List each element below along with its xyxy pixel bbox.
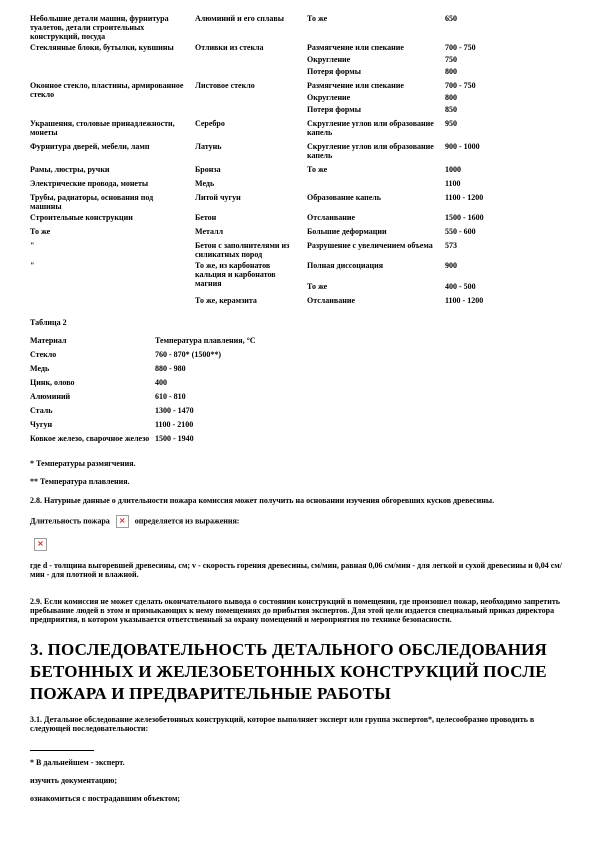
- table-row-material: Сталь: [30, 406, 155, 415]
- cell-items: Рамы, люстры, ручки: [30, 165, 195, 177]
- table2-footnote-softening: * Температуры размягчения.: [30, 459, 567, 468]
- cell-effect: Большие деформации: [307, 227, 445, 239]
- table-row-temperature: 760 - 870* (1500**): [155, 350, 567, 359]
- cell-items: Украшения, столовые принадлежности, моне…: [30, 119, 195, 140]
- footnote-separator: [30, 750, 94, 751]
- list-item: изучить документацию;: [30, 776, 567, 785]
- cell-effect: То же: [307, 14, 445, 41]
- cell-effect: Разрушение с увеличением объема: [307, 241, 445, 259]
- table2-footnote-melting: ** Температура плавления.: [30, 477, 567, 486]
- fire-duration-line: Длительность пожара × определяется из вы…: [30, 515, 567, 528]
- formula-note: где d - толщина выгоревшей древесины, см…: [30, 561, 567, 579]
- table-row: " То же, из карбонатов кальция и карбона…: [30, 261, 567, 294]
- table-row-material: Медь: [30, 364, 155, 373]
- column-header-material: Материал: [30, 336, 155, 345]
- cell-items: ": [30, 241, 195, 259]
- cell-material: Серебро: [195, 119, 307, 140]
- cell-effect: Размягчение или спекание Округление Поте…: [307, 43, 445, 79]
- table-row: Электрические провода, монеты Медь 1100: [30, 179, 567, 191]
- cell-temperature: 900 400 - 500: [445, 261, 567, 294]
- cell-material: То же, из карбонатов кальция и карбонато…: [195, 261, 307, 294]
- cell-temperature: 550 - 600: [445, 227, 567, 239]
- cell-effect: То же: [307, 165, 445, 177]
- cell-temperature: 900 - 1000: [445, 142, 567, 163]
- table-row: То же, керамзита Отслаивание 1100 - 1200: [30, 296, 567, 308]
- cell-temperature: 1500 - 1600: [445, 213, 567, 225]
- table-row-temperature: 1300 - 1470: [155, 406, 567, 415]
- cell-material: Отливки из стекла: [195, 43, 307, 79]
- cell-items: То же: [30, 227, 195, 239]
- table-row: Стеклянные блоки, бутылки, кувшины Отлив…: [30, 43, 567, 79]
- cell-effect: Образование капель: [307, 193, 445, 211]
- cell-effect: Отслаивание: [307, 213, 445, 225]
- paragraph-2-8: 2.8. Натурные данные о длительности пожа…: [30, 496, 567, 505]
- melting-signs-table: Небольшие детали машин, фурнитура туалет…: [30, 14, 567, 308]
- cell-effect: [307, 179, 445, 191]
- cell-material: То же, керамзита: [195, 296, 307, 308]
- cell-items: Строительные конструкции: [30, 213, 195, 225]
- cell-items: Электрические провода, монеты: [30, 179, 195, 191]
- cell-temperature: 1100: [445, 179, 567, 191]
- cell-temperature: 1100 - 1200: [445, 296, 567, 308]
- cell-material: Бетон с заполнителями из силикатных поро…: [195, 241, 307, 259]
- missing-image-icon: ×: [116, 515, 129, 528]
- cell-material: Литой чугун: [195, 193, 307, 211]
- table-row-material: Алюминий: [30, 392, 155, 401]
- cell-temperature: 573: [445, 241, 567, 259]
- cell-effect: Полная диссоциация То же: [307, 261, 445, 294]
- cell-material: Бронза: [195, 165, 307, 177]
- cell-items: Фурнитура дверей, мебели, ламп: [30, 142, 195, 163]
- paragraph-2-9: 2.9. Если комиссия не может сделать окон…: [30, 597, 567, 624]
- table-row-temperature: 400: [155, 378, 567, 387]
- cell-effect: Размягчение или спекание Округление Поте…: [307, 81, 445, 117]
- cell-material: Алюминий и его сплавы: [195, 14, 307, 41]
- table-row-temperature: 880 - 980: [155, 364, 567, 373]
- cell-items: Оконное стекло, пластины, армированное с…: [30, 81, 195, 117]
- cell-items: Трубы, радиаторы, основания под машины: [30, 193, 195, 211]
- cell-temperature: 1100 - 1200: [445, 193, 567, 211]
- table-row: Небольшие детали машин, фурнитура туалет…: [30, 14, 567, 41]
- section-3-heading: 3. ПОСЛЕДОВАТЕЛЬНОСТЬ ДЕТАЛЬНОГО ОБСЛЕДО…: [30, 639, 567, 705]
- table2-caption: Таблица 2: [30, 318, 567, 327]
- melting-temperature-table: Материал Температура плавления, °С Стекл…: [30, 336, 567, 443]
- cell-effect: Скругление углов или образование капель: [307, 119, 445, 140]
- cell-material: Бетон: [195, 213, 307, 225]
- table-row-material: Ковкое железо, сварочное железо: [30, 434, 155, 443]
- table-row-temperature: 1100 - 2100: [155, 420, 567, 429]
- cell-material: Медь: [195, 179, 307, 191]
- cell-items: [30, 296, 195, 308]
- fire-duration-text-after: определяется из выражения:: [135, 516, 240, 525]
- table-row-temperature: 1500 - 1940: [155, 434, 567, 443]
- table-row: Строительные конструкции Бетон Отслаиван…: [30, 213, 567, 225]
- cell-material: Листовое стекло: [195, 81, 307, 117]
- table-row: Оконное стекло, пластины, армированное с…: [30, 81, 567, 117]
- table-row: " Бетон с заполнителями из силикатных по…: [30, 241, 567, 259]
- paragraph-3-1: 3.1. Детальное обследование железобетонн…: [30, 715, 567, 733]
- fire-duration-text-before: Длительность пожара: [30, 516, 110, 525]
- cell-items: Небольшие детали машин, фурнитура туалет…: [30, 14, 195, 41]
- list-item: ознакомиться с пострадавшим объектом;: [30, 794, 567, 803]
- table-row: Фурнитура дверей, мебели, ламп Латунь Ск…: [30, 142, 567, 163]
- cell-material: Металл: [195, 227, 307, 239]
- column-header-temperature: Температура плавления, °С: [155, 336, 567, 345]
- table-row: Трубы, радиаторы, основания под машины Л…: [30, 193, 567, 211]
- missing-image-icon: ×: [34, 538, 47, 551]
- cell-temperature: 650: [445, 14, 567, 41]
- footnote-expert: * В дальнейшем - эксперт.: [30, 758, 567, 767]
- table-row-material: Цинк, олово: [30, 378, 155, 387]
- cell-material: Латунь: [195, 142, 307, 163]
- table-row-temperature: 610 - 810: [155, 392, 567, 401]
- cell-temperature: 700 - 750 800 850: [445, 81, 567, 117]
- cell-effect: Отслаивание: [307, 296, 445, 308]
- table-row-material: Стекло: [30, 350, 155, 359]
- cell-effect: Скругление углов или образование капель: [307, 142, 445, 163]
- cell-items: Стеклянные блоки, бутылки, кувшины: [30, 43, 195, 79]
- table-row: Рамы, люстры, ручки Бронза То же 1000: [30, 165, 567, 177]
- formula-placeholder: ×: [30, 538, 567, 551]
- table-row: То же Металл Большие деформации 550 - 60…: [30, 227, 567, 239]
- cell-temperature: 1000: [445, 165, 567, 177]
- cell-items: ": [30, 261, 195, 294]
- table-row: Украшения, столовые принадлежности, моне…: [30, 119, 567, 140]
- table-row-material: Чугун: [30, 420, 155, 429]
- cell-temperature: 700 - 750 750 800: [445, 43, 567, 79]
- cell-temperature: 950: [445, 119, 567, 140]
- document-page: Небольшие детали машин, фурнитура туалет…: [0, 0, 595, 842]
